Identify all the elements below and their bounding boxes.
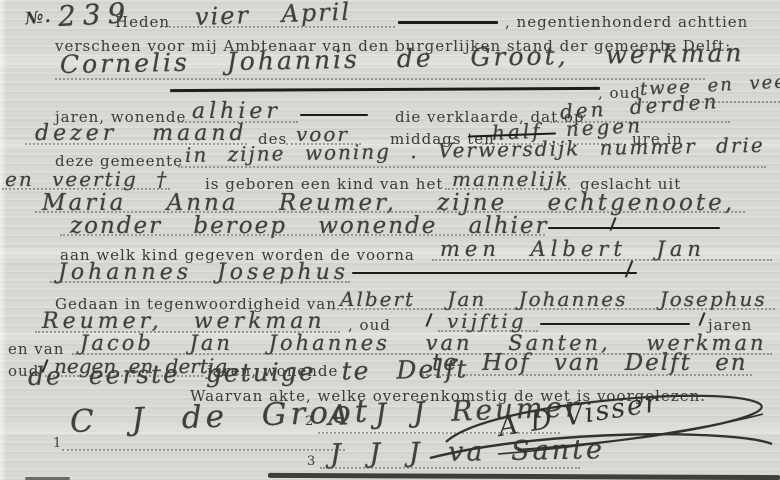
signature1-number: 1 (53, 436, 62, 451)
signature-registrar-flourish: A D Visser (428, 384, 778, 466)
signature2-number: 2 (305, 414, 314, 429)
handwritten-child-names-1: men Albert Jan (440, 237, 706, 261)
strike-rule (170, 87, 600, 92)
printed-year: , negentienhonderd achttien (505, 13, 748, 31)
strike-rule (398, 21, 498, 24)
signature3-number: 3 (307, 454, 316, 469)
dotted-baseline (432, 259, 772, 261)
dotted-baseline (50, 281, 350, 283)
handwritten-witness2-residence: te Hof van Delft en (432, 350, 748, 376)
slash-mark (698, 312, 705, 326)
slash-mark (425, 313, 432, 327)
dotted-baseline (60, 234, 545, 236)
strike-rule (548, 227, 720, 229)
printed-heden: Heden (115, 13, 170, 31)
dotted-baseline (422, 374, 752, 376)
slash-mark (625, 260, 634, 277)
act-number-label: №. (24, 7, 52, 30)
dotted-baseline (55, 78, 705, 80)
dotted-baseline (320, 467, 580, 469)
birth-certificate-scan: №. 239 Heden vier April , negentienhonde… (0, 0, 780, 480)
dotted-baseline (160, 26, 395, 28)
dotted-baseline (62, 449, 345, 451)
strike-rule (300, 114, 368, 116)
dotted-baseline (332, 308, 775, 310)
strike-rule (352, 272, 637, 274)
scan-edge-artifact (268, 473, 780, 480)
strike-rule (540, 323, 690, 325)
